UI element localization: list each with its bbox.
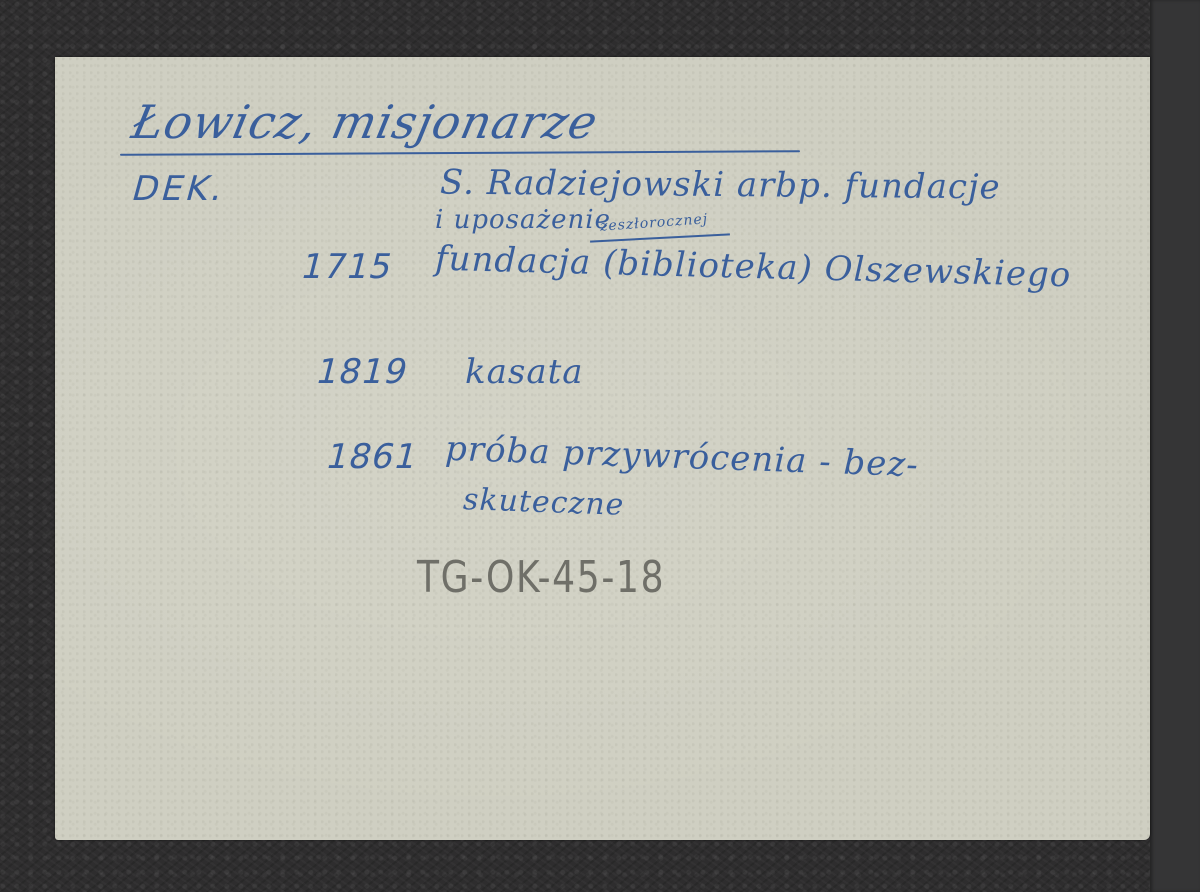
entry-year-1715: 1715 <box>297 247 398 287</box>
entry-text-1715: fundacja (biblioteka) Olszewskiego <box>435 239 1072 296</box>
catalog-number: TG-OK-45-18 <box>417 552 665 603</box>
heading-underline <box>120 150 800 156</box>
card-heading: Łowicz, misjonarze <box>127 95 603 149</box>
entry-text-1861-line1: próba przywrócenia - bez- <box>444 429 919 486</box>
entry-year-1861: 1861 <box>322 437 423 477</box>
entry-text-1819: kasata <box>465 352 584 392</box>
strike-through-mark <box>590 233 730 242</box>
entry-text-1861-line2: skuteczne <box>462 482 625 523</box>
entry-founding-line1: S. Radziejowski arbp. fundacje <box>440 163 1001 208</box>
source-abbreviation: DEK. <box>128 169 231 209</box>
entry-year-1819: 1819 <box>312 352 413 392</box>
entry-insertion-note: zeszłorocznej <box>600 211 709 235</box>
background-binder-edge <box>1150 0 1200 892</box>
entry-founding-line2: i uposażenie <box>435 205 611 235</box>
index-card: Łowicz, misjonarze DEK. S. Radziejowski … <box>55 57 1150 840</box>
